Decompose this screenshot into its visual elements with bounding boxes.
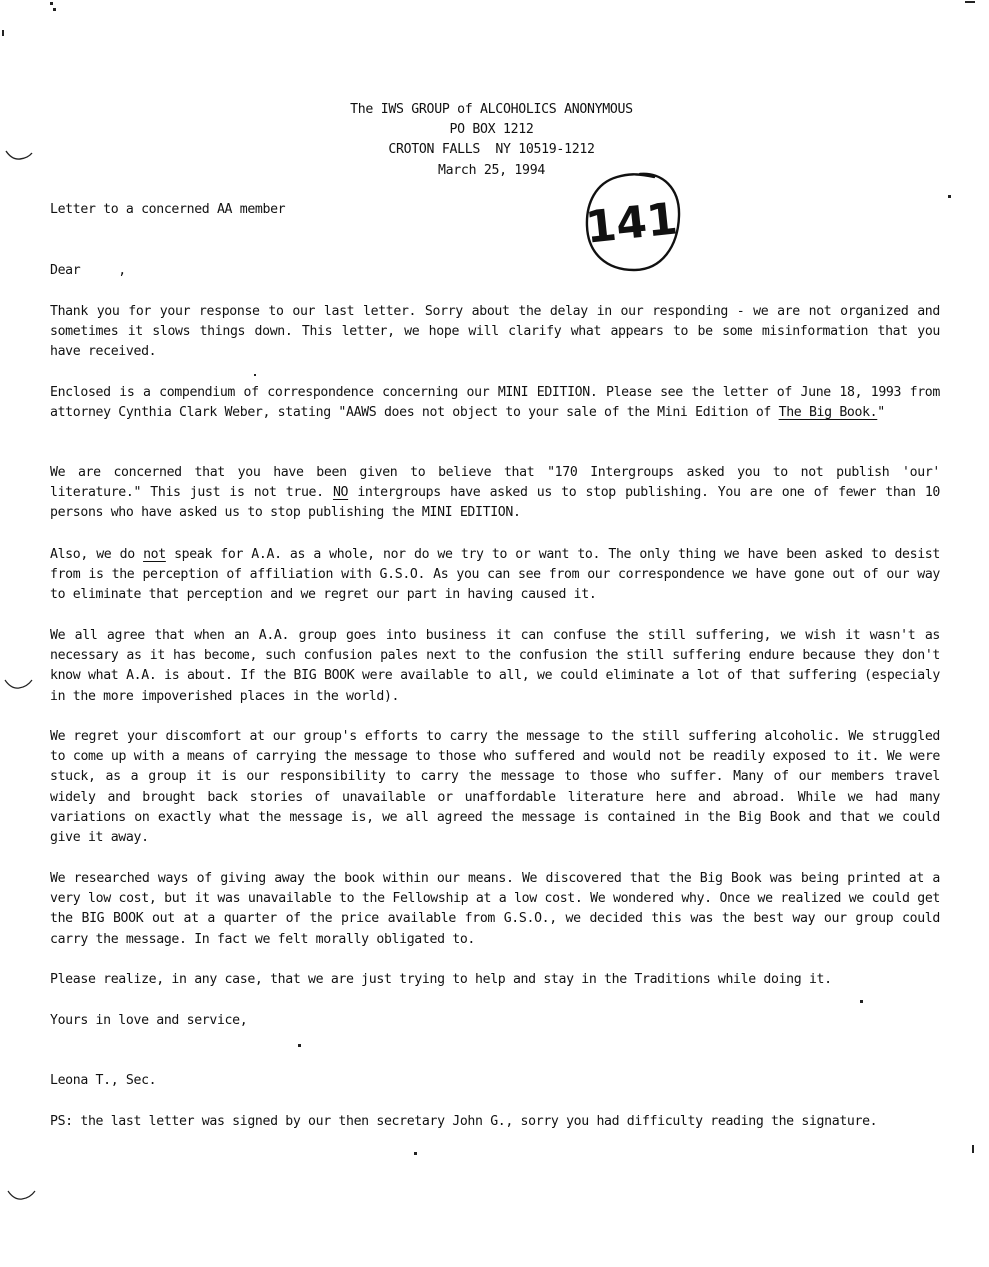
emphasis-not: not — [143, 547, 166, 562]
closing: Yours in love and service, — [50, 1011, 940, 1031]
scan-speck — [298, 1044, 301, 1047]
organization-name: The IWS GROUP of ALCOHOLICS ANONYMOUS — [0, 100, 986, 120]
paragraph-response-thanks: Thank you for your response to our last … — [50, 302, 940, 363]
scan-speck — [53, 8, 56, 11]
scan-speck — [965, 1, 975, 3]
paragraph-research: We researched ways of giving away the bo… — [50, 869, 940, 950]
scan-speck — [860, 1000, 863, 1003]
handwritten-circled-number: 141 — [582, 168, 682, 273]
emphasis-no: NO — [333, 485, 348, 500]
hole-punch-mark — [4, 148, 34, 162]
letter-date: March 25, 1994 — [0, 161, 986, 181]
paragraph-traditions: Please realize, in any case, that we are… — [50, 970, 940, 990]
hole-punch-mark — [6, 1189, 36, 1203]
salutation: Dear , — [50, 261, 940, 281]
scan-speck — [50, 2, 53, 5]
scan-speck — [414, 1152, 417, 1155]
paragraph-affiliation: Also, we do not speak for A.A. as a whol… — [50, 545, 940, 606]
scan-speck — [2, 30, 4, 36]
hole-punch-mark — [3, 678, 33, 692]
signature: Leona T., Sec. — [50, 1071, 940, 1091]
postscript: PS: the last letter was signed by our th… — [50, 1112, 940, 1132]
letterhead: The IWS GROUP of ALCOHOLICS ANONYMOUS PO… — [0, 100, 986, 181]
paragraph-intergroups: We are concerned that you have been give… — [50, 463, 940, 524]
p4-text-end: speak for A.A. as a whole, nor do we try… — [50, 547, 940, 602]
paragraph-confusion: We all agree that when an A.A. group goe… — [50, 626, 940, 707]
letter-page: The IWS GROUP of ALCOHOLICS ANONYMOUS PO… — [0, 0, 989, 1267]
city-state-zip: CROTON FALLS NY 10519-1212 — [0, 140, 986, 160]
paragraph-enclosed-compendium: Enclosed is a compendium of corresponden… — [50, 383, 940, 423]
scan-speck — [948, 195, 951, 198]
letter-subject: Letter to a concerned AA member — [50, 200, 940, 220]
scan-speck — [972, 1145, 974, 1153]
po-box: PO BOX 1212 — [0, 120, 986, 140]
p2-closing-quote: " — [877, 405, 885, 420]
scan-speck — [254, 374, 256, 376]
big-book-title: The Big Book. — [779, 405, 878, 420]
p4-text: Also, we do — [50, 547, 143, 562]
paragraph-carry-message: We regret your discomfort at our group's… — [50, 727, 940, 848]
